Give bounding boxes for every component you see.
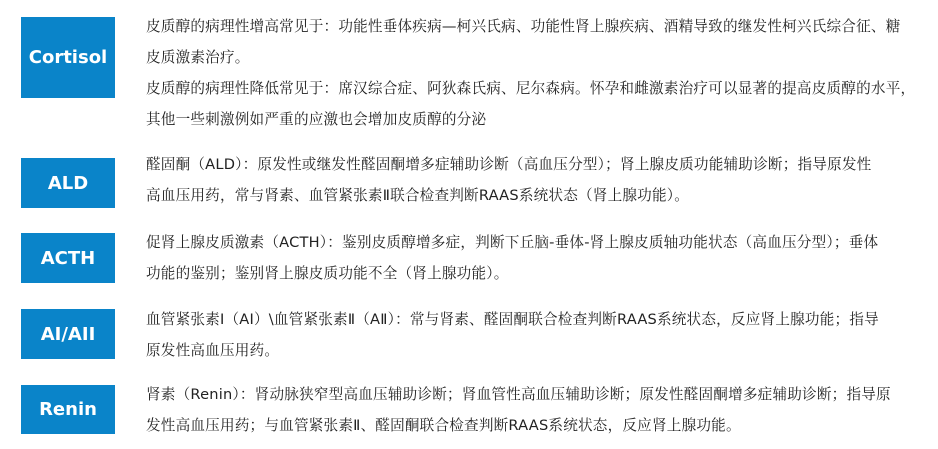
- description-cortisol: 皮质醇的病理性增高常见于：功能性垂体疾病—柯兴氏病、功能性肾上腺疾病、酒精导致的…: [146, 11, 936, 135]
- description-ald: 醛固酮（ALD）：原发性或继发性醛固酮增多症辅助诊断（高血压分型）；肾上腺皮质功…: [146, 149, 936, 211]
- badge-cortisol: Cortisol: [21, 17, 115, 98]
- badge-renin: Renin: [21, 385, 115, 434]
- description-renin: 肾素（Renin）：肾动脉狭窄型高血压辅助诊断；肾血管性高血压辅助诊断；原发性醛…: [146, 379, 936, 441]
- description-line: 发性高血压用药；与血管紧张素Ⅱ、醛固酮联合检查判断RAAS系统状态，反应肾上腺功…: [146, 410, 936, 441]
- description-line: 皮质醇的病理性降低常见于：席汉综合症、阿狄森氏病、尼尔森病。怀孕和雌激素治疗可以…: [146, 73, 936, 104]
- description-line: 血管紧张素Ⅰ（AⅠ）\血管紧张素Ⅱ（AⅡ）：常与肾素、醛固酮联合检查判断RAAS…: [146, 304, 936, 335]
- badge-ald: ALD: [21, 158, 115, 208]
- description-line: 皮质激素治疗。: [146, 42, 936, 73]
- description-line: 高血压用药，常与肾素、血管紧张素Ⅱ联合检查判断RAAS系统状态（肾上腺功能）。: [146, 180, 936, 211]
- description-line: 肾素（Renin）：肾动脉狭窄型高血压辅助诊断；肾血管性高血压辅助诊断；原发性醛…: [146, 379, 936, 410]
- badge-acth: ACTH: [21, 233, 115, 283]
- description-line: 其他一些刺激例如严重的应激也会增加皮质醇的分泌: [146, 104, 936, 135]
- description-line: 促肾上腺皮质激素（ACTH）：鉴别皮质醇增多症，判断下丘脑-垂体-肾上腺皮质轴功…: [146, 227, 936, 258]
- description-line: 醛固酮（ALD）：原发性或继发性醛固酮增多症辅助诊断（高血压分型）；肾上腺皮质功…: [146, 149, 936, 180]
- description-line: 皮质醇的病理性增高常见于：功能性垂体疾病—柯兴氏病、功能性肾上腺疾病、酒精导致的…: [146, 11, 936, 42]
- description-line: 功能的鉴别；鉴别肾上腺皮质功能不全（肾上腺功能）。: [146, 258, 936, 289]
- badge-ai-aii: AI/AII: [21, 309, 115, 359]
- description-acth: 促肾上腺皮质激素（ACTH）：鉴别皮质醇增多症，判断下丘脑-垂体-肾上腺皮质轴功…: [146, 227, 936, 289]
- description-line: 原发性高血压用药。: [146, 335, 936, 366]
- description-ai-aii: 血管紧张素Ⅰ（AⅠ）\血管紧张素Ⅱ（AⅡ）：常与肾素、醛固酮联合检查判断RAAS…: [146, 304, 936, 366]
